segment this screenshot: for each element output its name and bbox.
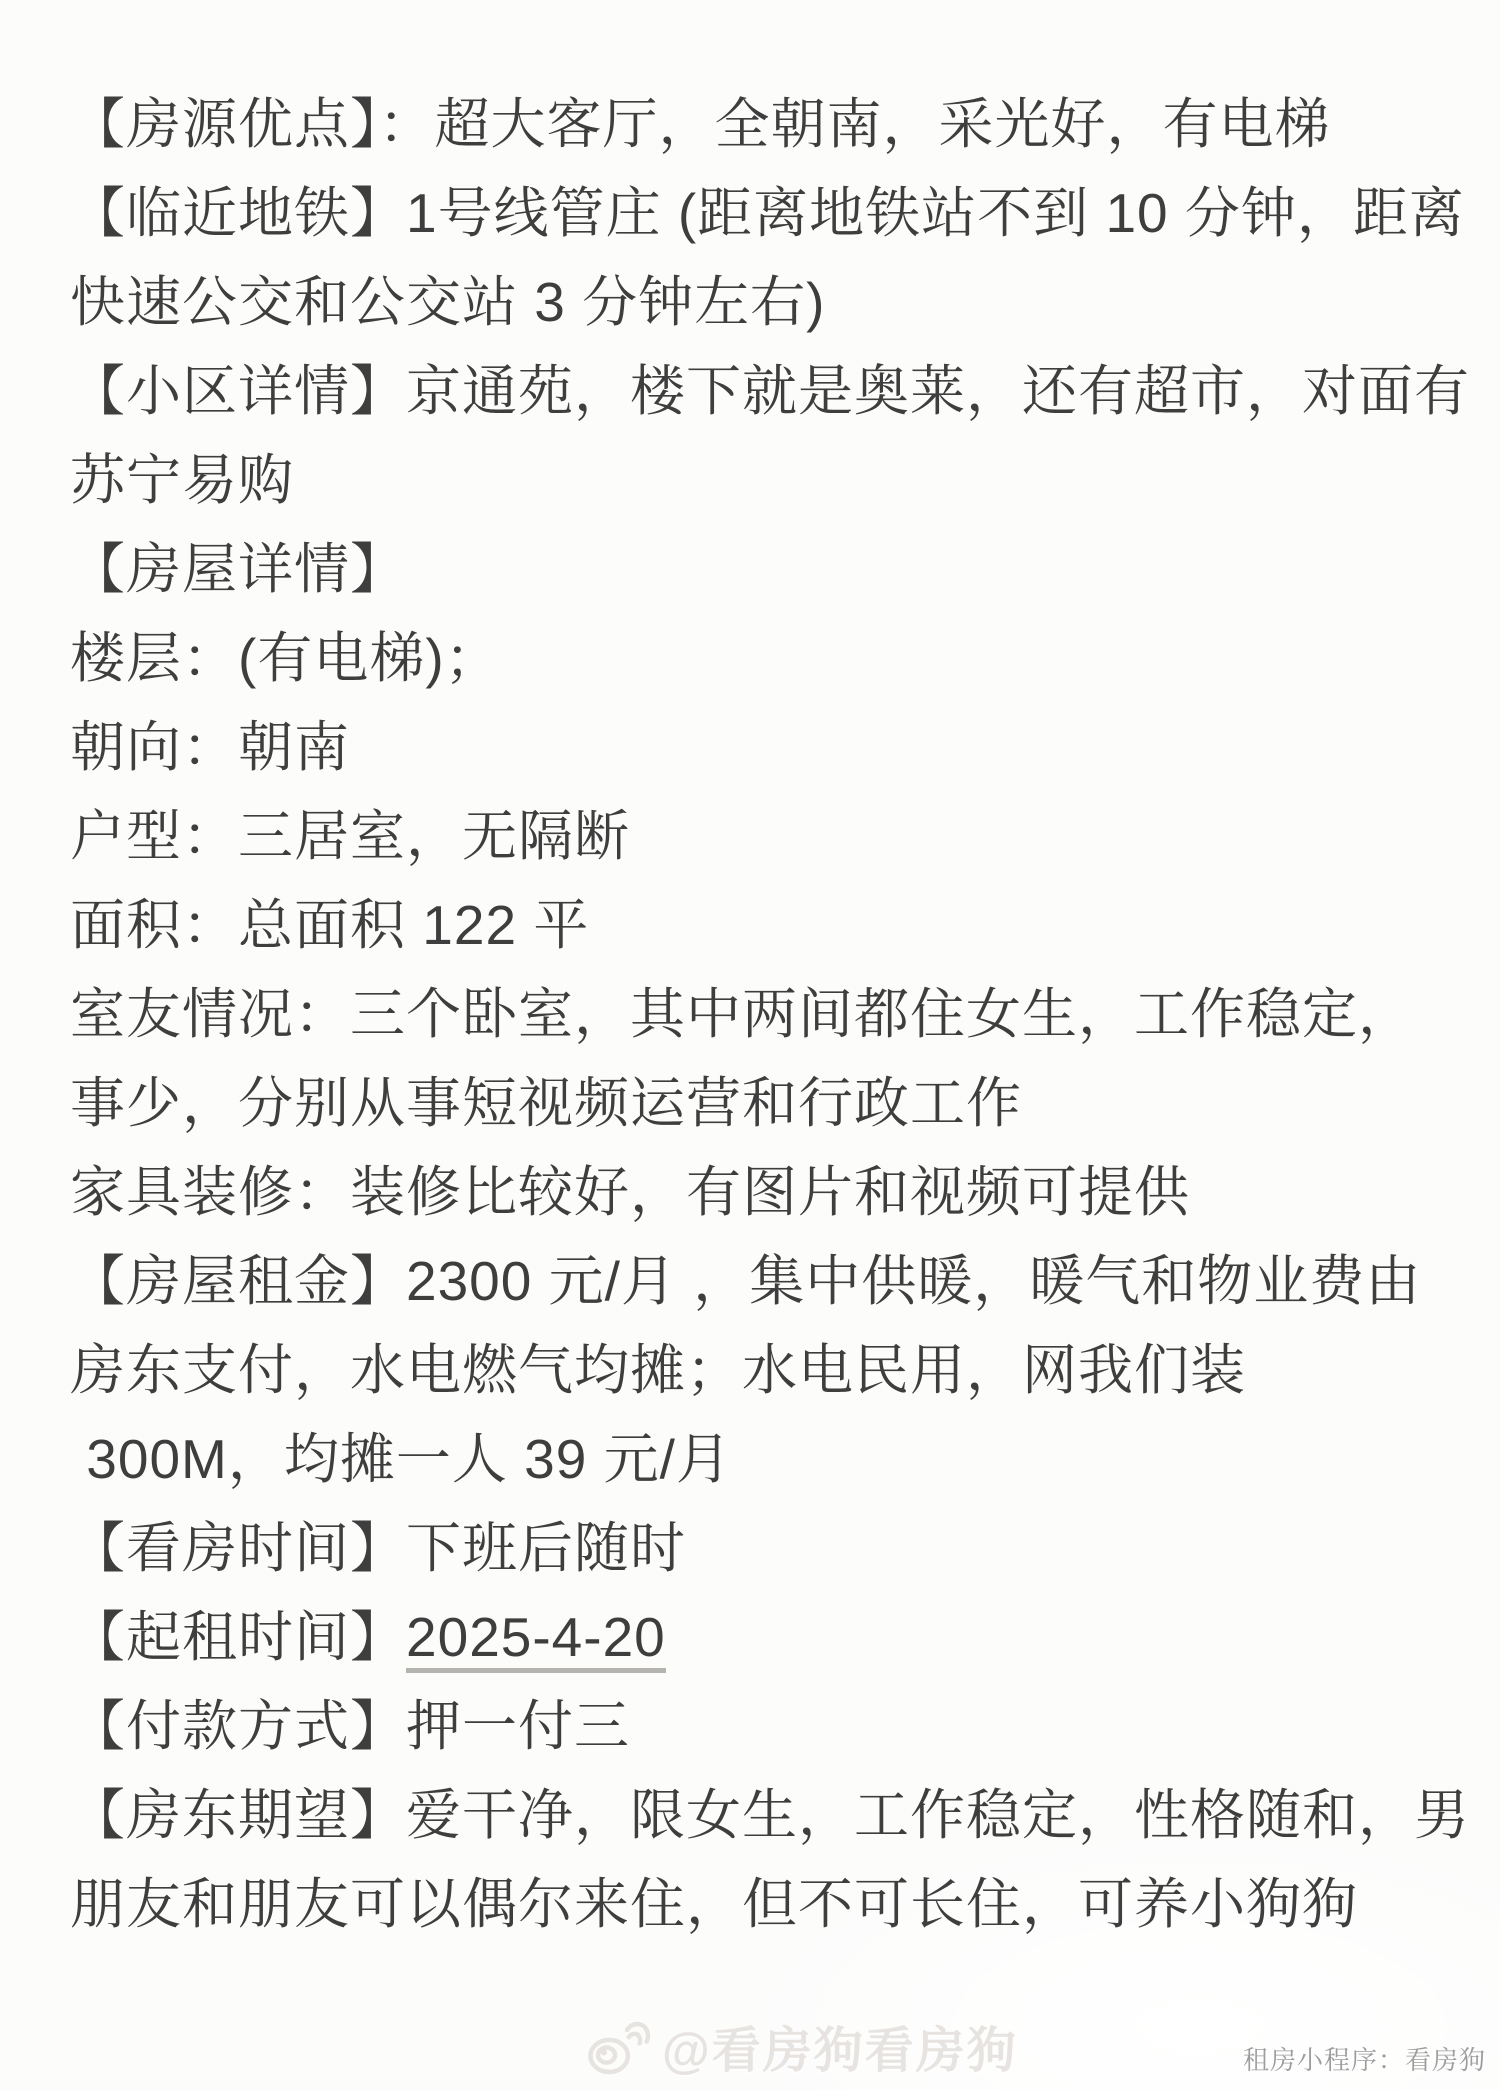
- text-line: 【小区详情】京通苑，楼下就是奥莱，还有超市，对面有: [70, 347, 1448, 436]
- text-segment: 【房屋租金】2300 元/月 ，集中供暖，暖气和物业费由: [70, 1250, 1421, 1312]
- text-segment: 家具装修：装修比较好，有图片和视频可提供: [70, 1161, 1190, 1223]
- text-line: 【看房时间】下班后随时: [70, 1504, 1448, 1593]
- text-line: 【临近地铁】1号线管庄 (距离地铁站不到 10 分钟，距离: [70, 169, 1448, 258]
- text-segment: 面积：总面积 122 平: [70, 894, 589, 956]
- text-segment: 【临近地铁】1号线管庄 (距离地铁站不到 10 分钟，距离: [70, 182, 1465, 244]
- text-line: 快速公交和公交站 3 分钟左右): [70, 258, 1448, 347]
- text-line: 家具装修：装修比较好，有图片和视频可提供: [70, 1148, 1448, 1237]
- text-line: 室友情况：三个卧室，其中两间都住女生，工作稳定，: [70, 970, 1448, 1059]
- listing-text: 【房源优点】：超大客厅，全朝南，采光好，有电梯【临近地铁】1号线管庄 (距离地铁…: [70, 80, 1448, 1949]
- text-line: 楼层：(有电梯)；: [70, 614, 1448, 703]
- text-segment: 【小区详情】京通苑，楼下就是奥莱，还有超市，对面有: [70, 360, 1470, 422]
- text-segment: 苏宁易购: [70, 449, 294, 511]
- text-line: 户型：三居室，无隔断: [70, 792, 1448, 881]
- text-line: 事少，分别从事短视频运营和行政工作: [70, 1059, 1448, 1148]
- text-segment: 朋友和朋友可以偶尔来住，但不可长住，可养小狗狗: [70, 1873, 1358, 1935]
- text-segment: 房东支付，水电燃气均摊；水电民用，网我们装: [70, 1339, 1246, 1401]
- text-line: 【起租时间】2025-4-20: [70, 1593, 1448, 1682]
- text-line: 朝向：朝南: [70, 703, 1448, 792]
- page: 【房源优点】：超大客厅，全朝南，采光好，有电梯【临近地铁】1号线管庄 (距离地铁…: [0, 0, 1500, 2090]
- text-segment: 【付款方式】押一付三: [70, 1695, 630, 1757]
- text-line: 朋友和朋友可以偶尔来住，但不可长住，可养小狗狗: [70, 1860, 1448, 1949]
- weibo-icon: [586, 2017, 652, 2077]
- text-line: 300M，均摊一人 39 元/月: [70, 1415, 1448, 1504]
- text-segment: 楼层：(有电梯)；: [70, 627, 501, 689]
- text-segment: 快速公交和公交站 3 分钟左右): [70, 271, 825, 333]
- text-line: 面积：总面积 122 平: [70, 881, 1448, 970]
- text-line: 房东支付，水电燃气均摊；水电民用，网我们装: [70, 1326, 1448, 1415]
- rent-start-date-link[interactable]: 2025-4-20: [406, 1606, 666, 1673]
- text-segment: 户型：三居室，无隔断: [70, 805, 630, 867]
- text-line: 【付款方式】押一付三: [70, 1682, 1448, 1771]
- text-segment: 室友情况：三个卧室，其中两间都住女生，工作稳定，: [70, 983, 1414, 1045]
- text-segment: 事少，分别从事短视频运营和行政工作: [70, 1072, 1022, 1134]
- watermark-handle: @看房狗看房狗: [662, 2012, 1018, 2082]
- weibo-watermark: @看房狗看房狗: [586, 2014, 1018, 2080]
- text-segment: 300M，均摊一人 39 元/月: [70, 1428, 732, 1490]
- text-line: 【房东期望】爱干净，限女生，工作稳定，性格随和，男: [70, 1771, 1448, 1860]
- text-line: 【房源优点】：超大客厅，全朝南，采光好，有电梯: [70, 80, 1448, 169]
- text-segment: 【房东期望】爱干净，限女生，工作稳定，性格随和，男: [70, 1784, 1470, 1846]
- mini-program-label: 租房小程序：看房狗: [1243, 2040, 1486, 2077]
- text-segment: 朝向：朝南: [70, 716, 350, 778]
- text-segment: 【房屋详情】: [70, 538, 406, 600]
- text-line: 【房屋详情】: [70, 525, 1448, 614]
- text-line: 苏宁易购: [70, 436, 1448, 525]
- text-segment: 【起租时间】: [70, 1606, 406, 1668]
- text-line: 【房屋租金】2300 元/月 ，集中供暖，暖气和物业费由: [70, 1237, 1448, 1326]
- text-segment: 【房源优点】：超大客厅，全朝南，采光好，有电梯: [70, 93, 1331, 155]
- text-segment: 【看房时间】下班后随时: [70, 1517, 686, 1579]
